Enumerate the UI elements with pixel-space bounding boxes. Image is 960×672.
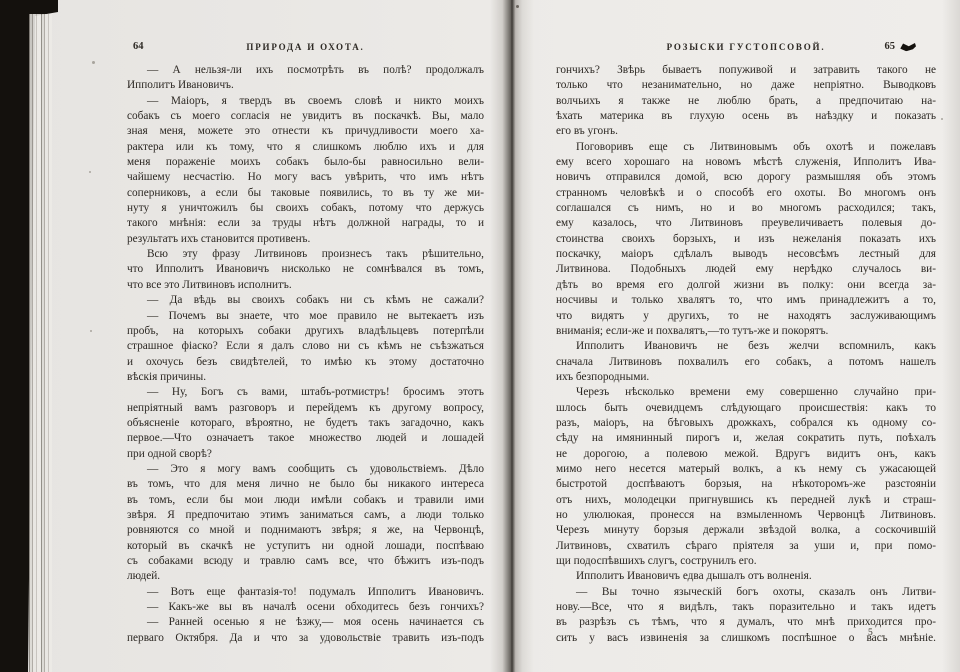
scan-speck bbox=[941, 118, 943, 120]
scan-speck bbox=[89, 171, 91, 173]
text-line: Всю эту фразу Литвиновъ произнесъ такъ р… bbox=[127, 247, 484, 262]
text-line: собакъ съ моего согласія не увидитъ въ п… bbox=[127, 109, 484, 124]
text-line: — Почемъ вы знаете, что мое правило не в… bbox=[127, 309, 484, 324]
text-line: — Какъ-же вы въ началѣ осени обходитесь … bbox=[127, 600, 484, 615]
text-line: — Вы точно языческій богъ охоты, сказалъ… bbox=[556, 585, 936, 600]
text-line: въ томъ, что для меня лично не было бы н… bbox=[127, 477, 484, 492]
text-line: Литвиновъ, схватилъ сѣраго пріятеля за у… bbox=[556, 539, 936, 554]
text-line: не дорогою, а полевою межой. Вдругъ види… bbox=[556, 447, 936, 462]
ink-blot-mark bbox=[899, 41, 916, 52]
text-line: такого мнѣнія: если за труды нѣтъ должно… bbox=[127, 216, 484, 231]
text-line: перваго Октября. Да и что за удовольстві… bbox=[127, 631, 484, 646]
text-line: ровняются со мной и поднимаютъ звѣря; я … bbox=[127, 523, 484, 538]
text-line: — А нельзя-ли ихъ посмотрѣть въ полѣ? пр… bbox=[127, 63, 484, 78]
text-line: поскачку, маіоръ сдѣлалъ выводъ несовсѣм… bbox=[556, 247, 936, 262]
text-line: — Вотъ еще фантазія-то! подумалъ Ипполит… bbox=[127, 585, 484, 600]
text-line: нуту я уничтожилъ бы своихъ собакъ, пото… bbox=[127, 201, 484, 216]
text-line: непріятный вамъ разговоръ и перейдемъ къ… bbox=[127, 401, 484, 416]
text-line: сначала Литвиновъ похвалилъ его собакъ, … bbox=[556, 355, 936, 370]
text-line: носчивы и только хвалятъ то, что имъ при… bbox=[556, 293, 936, 308]
text-line: ихъ безпородными. bbox=[556, 370, 936, 385]
text-line: быстротой доспѣваютъ борзыя, на нѣкоторо… bbox=[556, 477, 936, 492]
text-line: шлось быть очевидцемъ слѣдующаго происше… bbox=[556, 401, 936, 416]
right-page-header: РОЗЫСКИ ГУСТОПСОВОЙ. 65 bbox=[556, 41, 936, 54]
text-line: волчьихъ я также не люблю брать, а предп… bbox=[556, 94, 936, 109]
text-line: вѣскія причины. bbox=[127, 370, 484, 385]
text-line: и охочусь безъ свидѣтелей, то имѣю къ эт… bbox=[127, 355, 484, 370]
text-line: ему казалось, что Литвиновъ преувеличива… bbox=[556, 216, 936, 231]
right-edge-shadow bbox=[942, 0, 960, 672]
text-line: чайшему несчастію. Но могу васъ увѣрить,… bbox=[127, 170, 484, 185]
text-line: сѣду на имянинный пирогъ и, желая сократ… bbox=[556, 431, 936, 446]
left-page: 64 ПРИРОДА И ОХОТА. — А нельзя-ли ихъ по… bbox=[127, 0, 484, 672]
left-text-column: — А нельзя-ли ихъ посмотрѣть въ полѣ? пр… bbox=[127, 63, 484, 646]
text-line: отъ нихъ, молодецки пригнувшись къ перед… bbox=[556, 493, 936, 508]
text-line: — Ранней осенью я не ѣзжу,— моя осень на… bbox=[127, 615, 484, 630]
text-line: что все это Литвиновъ исполнитъ. bbox=[127, 278, 484, 293]
right-page: РОЗЫСКИ ГУСТОПСОВОЙ. 65 гончихъ? Звѣрь б… bbox=[556, 0, 936, 672]
text-line: при одной сворѣ? bbox=[127, 447, 484, 462]
text-line: гончихъ? Звѣрь бываетъ попуживой и затра… bbox=[556, 63, 936, 78]
gutter-shadow bbox=[490, 0, 534, 672]
text-line: мимо него несется матерый волкъ, а къ не… bbox=[556, 462, 936, 477]
right-running-title: РОЗЫСКИ ГУСТОПСОВОЙ. bbox=[556, 42, 936, 52]
text-line: пробъ, на которыхъ собаки другихъ владѣл… bbox=[127, 324, 484, 339]
left-page-header: 64 ПРИРОДА И ОХОТА. bbox=[127, 41, 484, 54]
text-line: вниманія; если-же и похвалятъ,—то тутъ-ж… bbox=[556, 324, 936, 339]
text-line: меня пораженіе моихъ собакъ было-бы равн… bbox=[127, 155, 484, 170]
right-page-number: 65 bbox=[885, 41, 896, 52]
text-line: ѣхать материка въ глухую осень въ наѣздк… bbox=[556, 109, 936, 124]
scan-speck bbox=[90, 330, 92, 332]
right-text-column: гончихъ? Звѣрь бываетъ попуживой и затра… bbox=[556, 63, 936, 646]
scanned-book-spread: 64 ПРИРОДА И ОХОТА. — А нельзя-ли ихъ по… bbox=[0, 0, 960, 672]
page-edge-stripes bbox=[29, 14, 52, 672]
text-line: дѣть во время его долгой жизни въ полку:… bbox=[556, 278, 936, 293]
text-line: нову.—Все, что я видѣлъ, такъ поразитель… bbox=[556, 600, 936, 615]
text-line: Литвинова. Подобныхъ людей ему нерѣдко с… bbox=[556, 262, 936, 277]
text-line: — Маіоръ, я твердъ въ своемъ словѣ и ник… bbox=[127, 94, 484, 109]
left-running-title: ПРИРОДА И ОХОТА. bbox=[127, 42, 484, 52]
text-line: Ипполитъ Ивановичъ не безъ желчи вспомни… bbox=[556, 339, 936, 354]
text-line: что Ипполитъ Ивановичъ нисколько не сомн… bbox=[127, 262, 484, 277]
text-line: только что незанимательно, но даже непрі… bbox=[556, 78, 936, 93]
text-line: но улюлюкая, пронесся на взмыленномъ Чер… bbox=[556, 508, 936, 523]
text-line: новичъ отправился домой, всю дорогу разм… bbox=[556, 170, 936, 185]
scan-speck bbox=[92, 61, 95, 64]
text-line: Ипполитъ Ивановичъ. bbox=[127, 78, 484, 93]
text-line: разъ, маіоръ, на бѣговыхъ дрожкахъ, собр… bbox=[556, 416, 936, 431]
text-line: который въ скачкѣ не уступитъ ни одной л… bbox=[127, 539, 484, 554]
text-line: Черезъ нѣсколько времени ему совершенно … bbox=[556, 385, 936, 400]
text-line: въ томъ, если бы мои люди имѣли собакъ и… bbox=[127, 493, 484, 508]
text-line: страшное фіаско? Если я далъ слово ни съ… bbox=[127, 339, 484, 354]
text-line: въ разрѣзъ съ тѣмъ, что я думалъ, что мн… bbox=[556, 615, 936, 630]
text-line: соперниковъ, а если бы таковые появились… bbox=[127, 186, 484, 201]
text-line: первое.—Что означаетъ такое множество лю… bbox=[127, 431, 484, 446]
text-line: Поговоривъ еще съ Литвиновымъ объ охотѣ … bbox=[556, 140, 936, 155]
text-line: щи подоспѣвшихъ слугъ, сострунилъ его. bbox=[556, 554, 936, 569]
text-line: сить у васъ извиненія за слишкомъ поспѣш… bbox=[556, 631, 936, 646]
signature-number: 5 bbox=[868, 628, 873, 638]
text-line: его въ угонъ. bbox=[556, 124, 936, 139]
text-line: — Ну, Богъ съ вами, штабъ-ротмистръ! бро… bbox=[127, 385, 484, 400]
text-line: зная меня, можете это отнести къ причудл… bbox=[127, 124, 484, 139]
text-line: соглашался съ нимъ, но и во многомъ расх… bbox=[556, 201, 936, 216]
text-line: — Это я могу вамъ сообщить съ удовольств… bbox=[127, 462, 484, 477]
text-line: ему всего хорошаго на новомъ мѣстѣ служе… bbox=[556, 155, 936, 170]
text-line: Черезъ минуту борзыя держали звѣздой вол… bbox=[556, 523, 936, 538]
text-line: — Да вѣдь вы своихъ собакъ ни съ кѣмъ не… bbox=[127, 293, 484, 308]
text-line: Ипполитъ Ивановичъ едва дышалъ отъ волне… bbox=[556, 569, 936, 584]
text-line: звѣря. Я предпочитаю этимъ заниматься са… bbox=[127, 508, 484, 523]
scan-speck bbox=[516, 5, 519, 8]
text-line: съ собаками всюду и травлю самъ все, что… bbox=[127, 554, 484, 569]
right-page-number-group: 65 bbox=[885, 41, 917, 52]
text-line: объясненіе котораго, вѣроятно, не будетъ… bbox=[127, 416, 484, 431]
text-line: рактера или къ тому, что я слишкомъ любл… bbox=[127, 140, 484, 155]
text-line: что видятъ у другихъ, то не находятъ зас… bbox=[556, 309, 936, 324]
text-line: результатъ ихъ становится противенъ. bbox=[127, 232, 484, 247]
text-line: странномъ человѣкѣ и о способѣ его охоты… bbox=[556, 186, 936, 201]
text-line: стоинства своихъ борзыхъ, и изъ нежелані… bbox=[556, 232, 936, 247]
text-line: людей. bbox=[127, 569, 484, 584]
